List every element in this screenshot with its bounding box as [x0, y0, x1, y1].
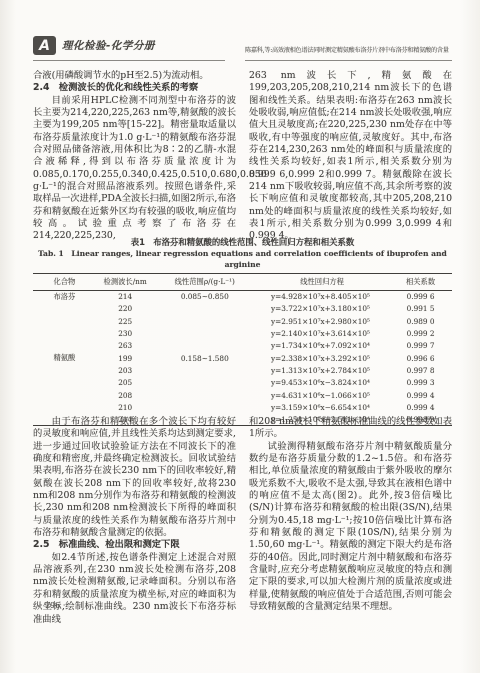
table-row: 225y=2.951×10⁷x+2.980×10⁵0.989 0: [33, 315, 452, 327]
cell-wavelength: 203: [96, 364, 155, 376]
cell-r: 0.999 6: [389, 291, 452, 303]
left-column-top: 合液(用磷酸调节水的pH至2.5)为流动相。 2.4 检测波长的优化和线性关系的…: [33, 70, 236, 243]
journal-brand: A 理化检验-化学分册: [33, 36, 225, 61]
table-row: 布洛芬2140.085~0.850y=4.928×10⁷x+8.405×10⁵0…: [33, 291, 452, 303]
table-row: 220y=3.722×10⁷x+3.180×10⁵0.991 5: [33, 303, 452, 315]
running-head-citation: 陈嘉科,等:高效液相色谱法同时测定精氨酸布洛芬片剂中布洛芬和精氨酸的含量: [245, 45, 452, 61]
cell-range: [155, 303, 256, 315]
table-row: 210y=3.159×10⁶x−6.654×10⁴0.999 4: [33, 401, 452, 413]
table-header-row: 化合物 检测波长/nm 线性范围ρ/(g·L⁻¹) 线性回归方程 相关系数: [33, 274, 452, 291]
cell-compound: [33, 315, 96, 327]
left-column-bottom: 由于布洛芬和精氨酸在多个波长下均有较好的灵敏度和响应值,并且线性关系均达到测定要…: [33, 416, 236, 626]
cell-compound: [33, 401, 96, 413]
cell-range: [155, 315, 256, 327]
cell-range: [155, 389, 256, 401]
journal-title: 理化检验-化学分册: [62, 38, 155, 53]
cell-wavelength: 205: [96, 377, 155, 389]
cell-equation: y=3.159×10⁶x−6.654×10⁴: [255, 401, 389, 413]
linearity-table: 化合物 检测波长/nm 线性范围ρ/(g·L⁻¹) 线性回归方程 相关系数 布洛…: [33, 273, 452, 426]
right-column-top: 263 nm波长下,精氨酸在199,203,205,208,210,214 nm…: [249, 70, 452, 243]
cell-range: [155, 377, 256, 389]
cell-equation: y=3.722×10⁷x+3.180×10⁵: [255, 303, 389, 315]
cell-range: [155, 364, 256, 376]
cell-compound: 精氨酸: [33, 352, 96, 364]
cell-wavelength: 214: [96, 291, 155, 303]
cell-range: 0.085~0.850: [155, 291, 256, 303]
cell-compound: [33, 327, 96, 339]
cell-wavelength: 220: [96, 303, 155, 315]
right-column-bottom: 和208 nm波长下精氨酸标准曲线的线性参数如表1所示。 试验测得精氨酸布洛芬片…: [249, 416, 452, 626]
paragraph-section-2-4: 目前采用HPLC检测不同剂型中布洛芬的波长主要为214,220,225,263 …: [33, 95, 236, 243]
table-title-cn: 表1 布洛芬和精氨酸的线性范围、线性回归方程和相关系数: [33, 236, 452, 248]
col-header-compound: 化合物: [33, 274, 96, 291]
page-number: · 296 ·: [40, 601, 65, 610]
table-row: 精氨酸1990.158~1.580y=2.338×10⁷x+3.292×10⁵0…: [33, 352, 452, 364]
cell-equation: y=1.313×10⁷x+2.784×10⁵: [255, 364, 389, 376]
cell-wavelength: 208: [96, 389, 155, 401]
table-row: 203y=1.313×10⁷x+2.784×10⁵0.997 8: [33, 364, 452, 376]
col-header-equation: 线性回归方程: [255, 274, 389, 291]
table-title-en: Tab. 1 Linear ranges, linear regression …: [33, 248, 452, 270]
col-header-correlation: 相关系数: [389, 274, 452, 291]
cell-equation: y=4.631×10⁶x−1.066×10⁵: [255, 389, 389, 401]
cell-compound: [33, 303, 96, 315]
col-header-wavelength: 检测波长/nm: [96, 274, 155, 291]
paragraph-section-2-5: 如2.4节所述,按色谱条件测定上述混合对照品溶液系列,在230 nm波长处检测布…: [33, 552, 236, 626]
paragraph-wavelength-selection: 由于布洛芬和精氨酸在多个波长下均有较好的灵敏度和响应值,并且线性关系均达到测定要…: [33, 416, 236, 539]
journal-page: A 理化检验-化学分册 陈嘉科,等:高效液相色谱法同时测定精氨酸布洛芬片剂中布洛…: [0, 0, 480, 673]
cell-r: 0.997 8: [389, 364, 452, 376]
section-heading-2-5: 2.5 标准曲线、检出限和测定下限: [33, 539, 236, 551]
table-row: 263y=1.734×10⁶x+7.092×10⁴0.999 7: [33, 340, 452, 352]
cell-wavelength: 199: [96, 352, 155, 364]
cell-range: [155, 340, 256, 352]
table-1-block: 表1 布洛芬和精氨酸的线性范围、线性回归方程和相关系数 Tab. 1 Linea…: [33, 236, 452, 426]
paragraph-continuation-right: 和208 nm波长下精氨酸标准曲线的线性参数如表1所示。: [249, 416, 452, 441]
cell-equation: y=9.453×10⁶x−3.824×10⁴: [255, 377, 389, 389]
cell-wavelength: 210: [96, 401, 155, 413]
cell-compound: 布洛芬: [33, 291, 96, 303]
cell-range: [155, 401, 256, 413]
cell-compound: [33, 377, 96, 389]
bottom-columns: 由于布洛芬和精氨酸在多个波长下均有较好的灵敏度和响应值,并且线性关系均达到测定要…: [33, 416, 452, 626]
cell-equation: y=2.951×10⁷x+2.980×10⁵: [255, 315, 389, 327]
table-row: 205y=9.453×10⁶x−3.824×10⁴0.999 3: [33, 377, 452, 389]
cell-r: 0.999 4: [389, 401, 452, 413]
cell-r: 0.999 2: [389, 327, 452, 339]
table-row: 208y=4.631×10⁶x−1.066×10⁵0.999 4: [33, 389, 452, 401]
paragraph-wavelength-results: 263 nm波长下,精氨酸在199,203,205,208,210,214 nm…: [249, 70, 452, 243]
cell-range: 0.158~1.580: [155, 352, 256, 364]
cell-r: 0.999 3: [389, 377, 452, 389]
cell-r: 0.996 6: [389, 352, 452, 364]
cell-r: 0.991 5: [389, 303, 452, 315]
cell-wavelength: 225: [96, 315, 155, 327]
paragraph-continuation: 合液(用磷酸调节水的pH至2.5)为流动相。: [33, 70, 236, 82]
cell-equation: y=1.734×10⁶x+7.092×10⁴: [255, 340, 389, 352]
cell-compound: [33, 364, 96, 376]
cell-wavelength: 263: [96, 340, 155, 352]
cell-equation: y=4.928×10⁷x+8.405×10⁵: [255, 291, 389, 303]
table-row: 230y=2.140×10⁷x+3.614×10⁵0.999 2: [33, 327, 452, 339]
cell-r: 0.989 0: [389, 315, 452, 327]
cell-r: 0.999 7: [389, 340, 452, 352]
cell-wavelength: 230: [96, 327, 155, 339]
cell-r: 0.999 4: [389, 389, 452, 401]
cell-equation: y=2.140×10⁷x+3.614×10⁵: [255, 327, 389, 339]
cell-compound: [33, 389, 96, 401]
section-heading-2-4: 2.4 检测波长的优化和线性关系的考察: [33, 82, 236, 94]
col-header-range: 线性范围ρ/(g·L⁻¹): [155, 274, 256, 291]
cell-compound: [33, 340, 96, 352]
cell-range: [155, 327, 256, 339]
top-columns: 合液(用磷酸调节水的pH至2.5)为流动相。 2.4 检测波长的优化和线性关系的…: [33, 70, 452, 243]
cell-equation: y=2.338×10⁷x+3.292×10⁵: [255, 352, 389, 364]
paragraph-detection-limits: 试验测得精氨酸布洛芬片剂中精氨酸质量分数约是布洛芬质量分数的1.2~1.5倍。和…: [249, 441, 452, 614]
page-header: A 理化检验-化学分册 陈嘉科,等:高效液相色谱法同时测定精氨酸布洛芬片剂中布洛…: [33, 36, 452, 61]
journal-logo-icon: A: [33, 36, 56, 55]
